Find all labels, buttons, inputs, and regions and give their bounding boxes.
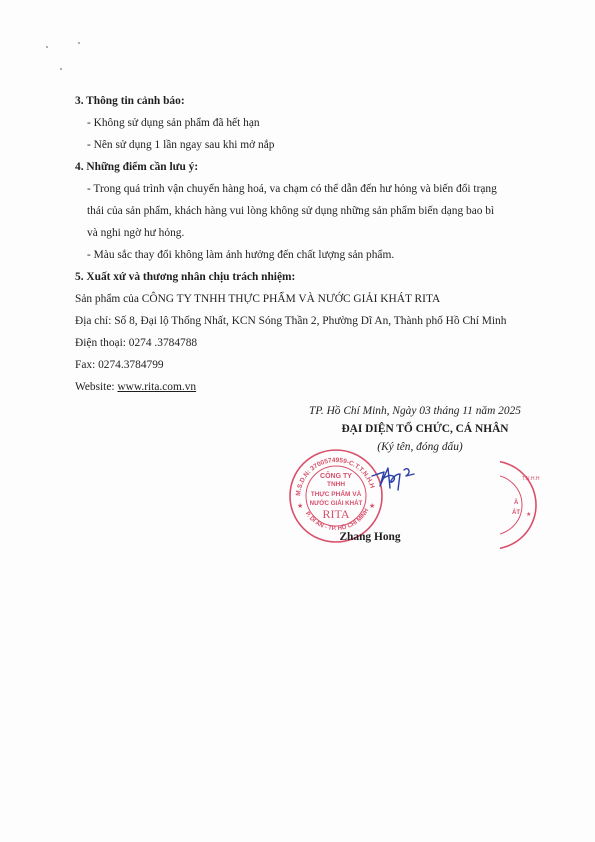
place-date: TP. Hồ Chí Minh, Ngày 03 tháng 11 năm 20… [270,404,560,418]
svg-text:NƯỚC GIẢI KHÁT: NƯỚC GIẢI KHÁT [310,499,363,507]
warning-item: - Nên sử dụng 1 lần ngay sau khi mở nắp [87,138,274,152]
address: Địa chỉ: Số 8, Đại lộ Thống Nhất, KCN Só… [75,314,506,328]
website-label: Website: [75,381,117,393]
section-heading-notes: 4. Những điểm cần lưu ý: [75,160,198,174]
product-of: Sản phẩm của CÔNG TY TNHH THỰC PHẨM VÀ N… [75,292,440,306]
notes-line: và nghi ngờ hư hỏng. [87,226,184,240]
partial-stamp-icon: T.N.H.H À ÁT ★ [500,460,540,550]
svg-text:★: ★ [526,511,531,518]
section-heading-warning: 3. Thông tin cảnh báo: [75,94,185,108]
handwritten-signature-icon [370,462,430,494]
document-page: 3. Thông tin cảnh báo: - Không sử dụng s… [0,0,595,842]
svg-text:CÔNG TY: CÔNG TY [320,471,352,480]
signature-title: ĐẠI DIỆN TỔ CHỨC, CÁ NHÂN [280,422,570,436]
website-row: Website: www.rita.com.vn [75,380,196,394]
phone: Điện thoại: 0274 .3784788 [75,336,197,350]
scan-speck [46,46,48,48]
fax: Fax: 0274.3784799 [75,358,164,372]
svg-text:ÁT: ÁT [512,509,520,516]
notes-line: - Trong quá trình vận chuyển hàng hoá, v… [87,182,497,196]
warning-item: - Không sử dụng sản phẩm đã hết hạn [87,116,260,130]
website-link[interactable]: www.rita.com.vn [117,381,196,393]
svg-text:À: À [514,499,519,506]
svg-text:RITA: RITA [322,507,349,521]
svg-text:★: ★ [297,502,303,510]
section-heading-origin: 5. Xuất xứ và thương nhân chịu trách nhi… [75,270,295,284]
svg-text:TNHH: TNHH [327,481,345,488]
scan-speck [78,42,80,44]
notes-line: thái của sản phẩm, khách hàng vui lòng k… [87,204,494,218]
svg-text:THỰC PHẨM VÀ: THỰC PHẨM VÀ [311,489,362,498]
signer-name: Zhang Hong [255,530,485,544]
svg-text:★: ★ [369,502,375,510]
scan-speck [60,68,62,70]
notes-line: - Màu sắc thay đổi không làm ảnh hưởng đ… [87,248,394,262]
svg-text:T.N.H.H: T.N.H.H [522,476,540,482]
